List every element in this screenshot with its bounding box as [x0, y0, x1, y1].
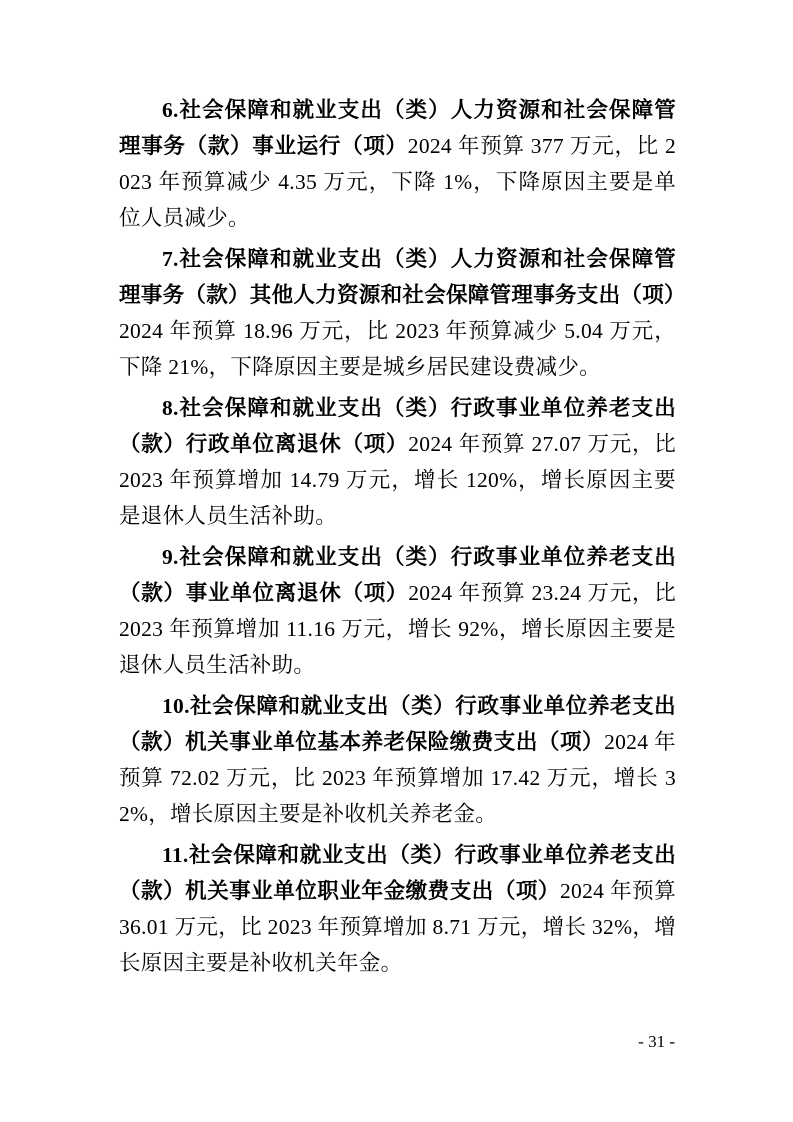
budget-paragraph-7: 7.社会保障和就业支出（类）人力资源和社会保障管理事务（款）其他人力资源和社会保…: [119, 241, 676, 385]
paragraph-body: 2024 年预算 18.96 万元，比 2023 年预算减少 5.04 万元，下…: [119, 319, 676, 379]
paragraph-heading: 10.社会保障和就业支出（类）行政事业单位养老支出（款）机关事业单位基本养老保险…: [119, 694, 676, 754]
page-footer: - 31 -: [118, 1031, 675, 1053]
paragraph-heading: 7.社会保障和就业支出（类）人力资源和社会保障管理事务（款）其他人力资源和社会保…: [119, 247, 686, 307]
document-page: 6.社会保障和就业支出（类）人力资源和社会保障管理事务（款）事业运行（项）202…: [0, 0, 793, 1122]
budget-paragraph-8: 8.社会保障和就业支出（类）行政事业单位养老支出（款）行政单位离退休（项）202…: [119, 390, 676, 534]
budget-paragraph-11: 11.社会保障和就业支出（类）行政事业单位养老支出（款）机关事业单位职业年金缴费…: [119, 837, 676, 981]
budget-paragraph-9: 9.社会保障和就业支出（类）行政事业单位养老支出（款）事业单位离退休（项）202…: [119, 539, 676, 683]
page-number: - 31 -: [638, 1032, 675, 1051]
document-body: 6.社会保障和就业支出（类）人力资源和社会保障管理事务（款）事业运行（项）202…: [119, 92, 676, 986]
budget-paragraph-10: 10.社会保障和就业支出（类）行政事业单位养老支出（款）机关事业单位基本养老保险…: [119, 688, 676, 832]
budget-paragraph-6: 6.社会保障和就业支出（类）人力资源和社会保障管理事务（款）事业运行（项）202…: [119, 92, 676, 236]
